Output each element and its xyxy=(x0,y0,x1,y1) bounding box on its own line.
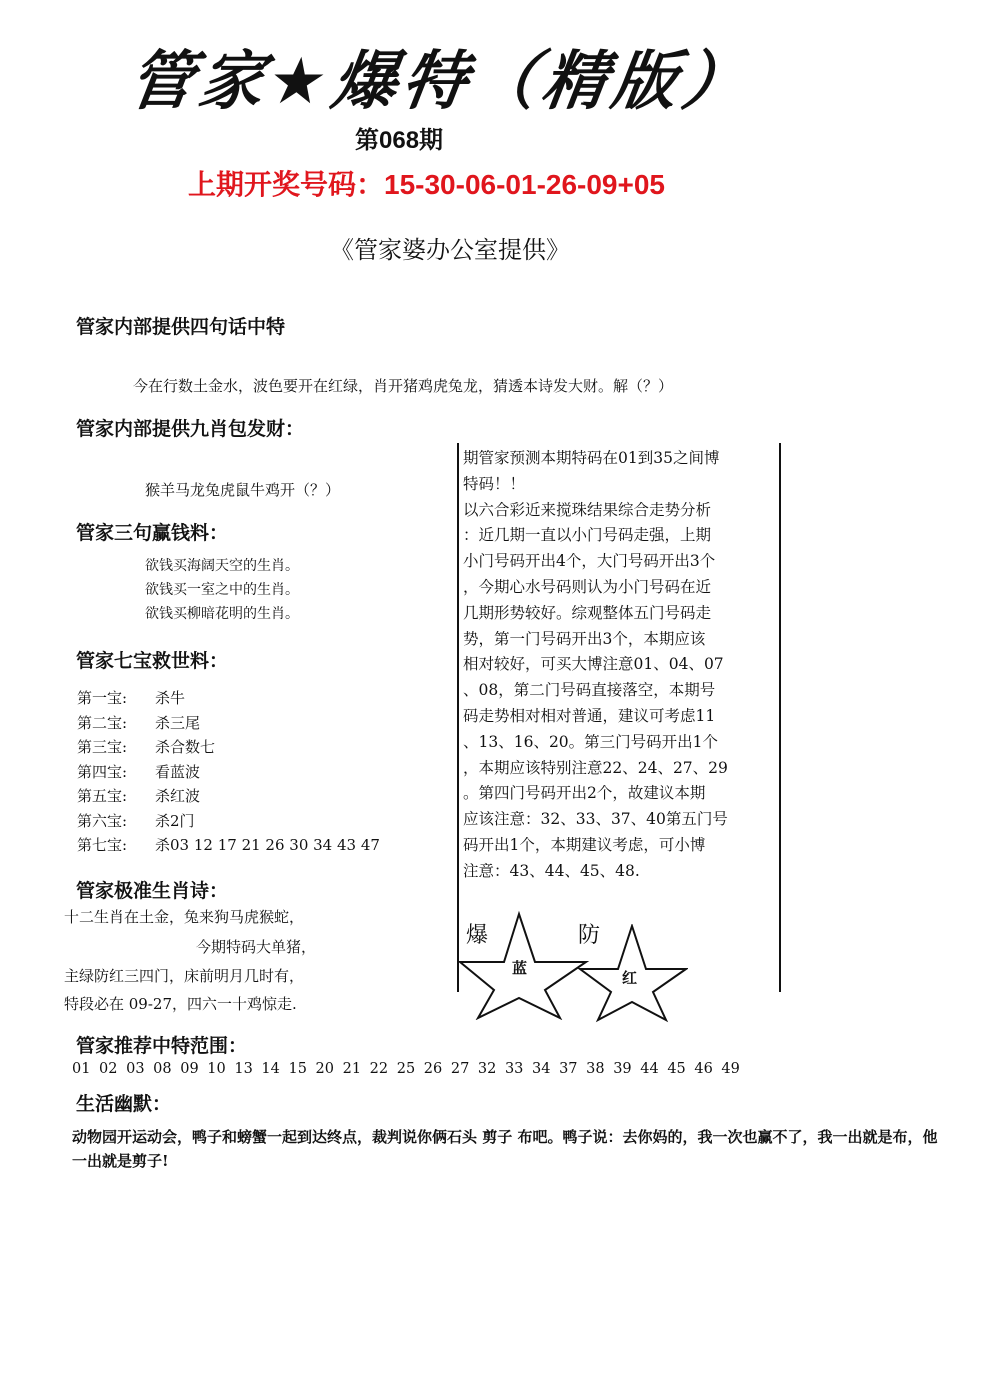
analysis-line: ：近几期一直以小门号码走强，上期 xyxy=(463,523,773,549)
poem-line: 十二生肖在土金，兔来狗马虎猴蛇， xyxy=(64,904,304,930)
three-sentences-list: 欲钱买海阔天空的生肖。 欲钱买一室之中的生肖。 欲钱买柳暗花明的生肖。 xyxy=(145,554,299,626)
poem-heading: 管家极准生肖诗： xyxy=(76,876,228,903)
sentence-line: 欲钱买一室之中的生肖。 xyxy=(145,578,299,602)
treasure-value: 杀牛 xyxy=(155,687,185,712)
analysis-text: 期管家预测本期特码在01到35之间博 特码！！ 以六合彩近来搅珠结果综合走势分析… xyxy=(463,446,773,885)
four-sentences-text: 今在行数土金水，波色要开在红绿，肖开猪鸡虎兔龙，猜透本诗发大财。解（？） xyxy=(133,375,673,396)
poem-line: 今期特码大单猪， xyxy=(196,934,316,960)
analysis-line: ，本期应该特别注意22、24、27、29 xyxy=(463,756,773,782)
issue-number: 第068期 xyxy=(355,120,443,155)
analysis-line: 期管家预测本期特码在01到35之间博 xyxy=(463,446,773,472)
analysis-line: 注意：43、44、45、48. xyxy=(463,859,773,885)
treasure-row: 第三宝:杀合数七 xyxy=(77,736,380,761)
humor-text: 动物园开运动会，鸭子和螃蟹一起到达终点，裁判说你俩石头 剪子 布吧。鸭子说：去你… xyxy=(72,1125,952,1173)
treasure-row: 第七宝:杀03 12 17 21 26 30 34 43 47 xyxy=(77,834,380,859)
analysis-line: 小门号码开出4个，大门号码开出3个 xyxy=(463,549,773,575)
analysis-line: ，今期心水号码则认为小门号码在近 xyxy=(463,575,773,601)
treasure-value: 杀03 12 17 21 26 30 34 43 47 xyxy=(155,834,380,859)
analysis-line: 、08，第二门号码直接落空，本期号 xyxy=(463,678,773,704)
treasure-key: 第三宝: xyxy=(77,736,155,761)
sentence-line: 欲钱买柳暗花明的生肖。 xyxy=(145,602,299,626)
range-numbers: 01 02 03 08 09 10 13 14 15 20 21 22 25 2… xyxy=(72,1061,740,1077)
treasure-row: 第六宝:杀2门 xyxy=(77,810,380,835)
three-sentences-heading: 管家三句赢钱料： xyxy=(76,518,228,545)
range-heading: 管家推荐中特范围： xyxy=(76,1031,247,1058)
poem-line: 主绿防红三四门，床前明月几时有， xyxy=(64,963,304,989)
seven-treasures-heading: 管家七宝救世料： xyxy=(76,646,228,673)
seven-treasures-list: 第一宝:杀牛 第二宝:杀三尾 第三宝:杀合数七 第四宝:看蓝波 第五宝:杀红波 … xyxy=(77,687,380,859)
analysis-line: 。第四门号码开出2个，故建议本期 xyxy=(463,781,773,807)
last-draw-numbers: 15-30-06-01-26-09+05 xyxy=(384,169,665,200)
analysis-line: 特码！！ xyxy=(463,472,773,498)
treasure-key: 第一宝: xyxy=(77,687,155,712)
analysis-line: 势，第一门号码开出3个，本期应该 xyxy=(463,627,773,653)
treasure-key: 第二宝: xyxy=(77,712,155,737)
treasure-value: 杀红波 xyxy=(155,785,200,810)
page-title: 管家★爆特（精版） xyxy=(124,30,760,122)
treasure-row: 第一宝:杀牛 xyxy=(77,687,380,712)
treasure-key: 第七宝: xyxy=(77,834,155,859)
analysis-line: 几期形势较好。综观整体五门号码走 xyxy=(463,601,773,627)
treasure-row: 第四宝:看蓝波 xyxy=(77,761,380,786)
nine-zodiac-text: 猴羊马龙兔虎鼠牛鸡开（？） xyxy=(145,479,340,500)
nine-zodiac-heading: 管家内部提供九肖包发财： xyxy=(76,414,304,441)
star-inner-blue: 蓝 xyxy=(512,957,527,978)
treasure-row: 第二宝:杀三尾 xyxy=(77,712,380,737)
provider-credit: 《管家婆办公室提供》 xyxy=(330,230,570,265)
treasure-value: 看蓝波 xyxy=(155,761,200,786)
poem-line: 特段必在 09-27，四六一十鸡惊走. xyxy=(64,991,297,1017)
treasure-value: 杀合数七 xyxy=(155,736,215,761)
treasure-key: 第六宝: xyxy=(77,810,155,835)
treasure-value: 杀2门 xyxy=(155,810,195,835)
analysis-line: 应该注意：32、33、37、40第五门号 xyxy=(463,807,773,833)
treasure-value: 杀三尾 xyxy=(155,712,200,737)
analysis-line: 、13、16、20。第三门号码开出1个 xyxy=(463,730,773,756)
analysis-line: 码走势相对相对普通，建议可考虑11 xyxy=(463,704,773,730)
sentence-line: 欲钱买海阔天空的生肖。 xyxy=(145,554,299,578)
last-draw-label: 上期开奖号码： xyxy=(188,169,384,200)
treasure-key: 第四宝: xyxy=(77,761,155,786)
treasure-row: 第五宝:杀红波 xyxy=(77,785,380,810)
analysis-line: 码开出1个，本期建议考虑，可小博 xyxy=(463,833,773,859)
last-draw: 上期开奖号码：15-30-06-01-26-09+05 xyxy=(188,163,665,203)
four-sentences-heading: 管家内部提供四句话中特 xyxy=(76,312,285,339)
humor-heading: 生活幽默： xyxy=(76,1089,171,1116)
treasure-key: 第五宝: xyxy=(77,785,155,810)
star-inner-red: 红 xyxy=(622,967,637,988)
analysis-line: 相对较好，可买大博注意01、04、07 xyxy=(463,652,773,678)
analysis-line: 以六合彩近来搅珠结果综合走势分析 xyxy=(463,498,773,524)
